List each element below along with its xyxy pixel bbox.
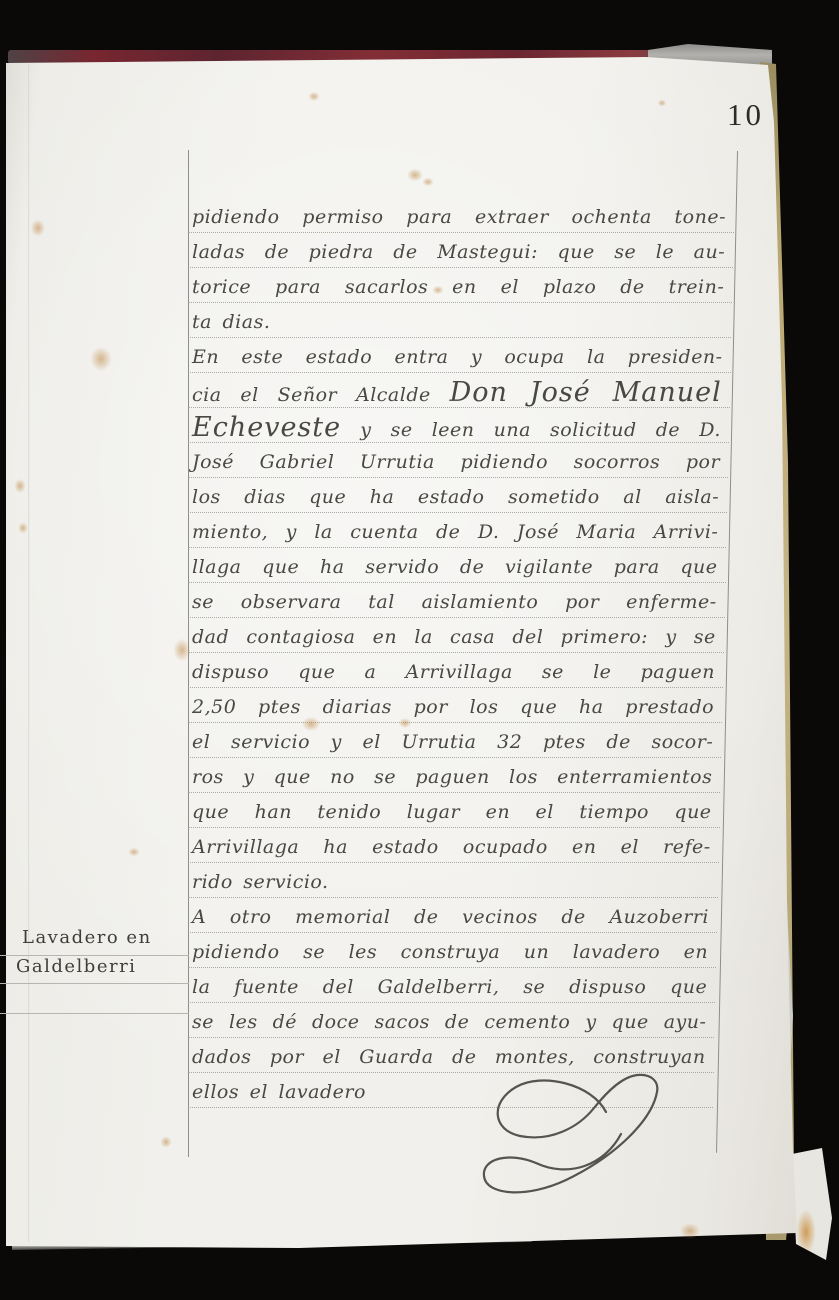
manuscript-line: ros y que no se paguen los enterramiento… (192, 762, 712, 793)
manuscript-line: Arrivillaga ha estado ocupado en el refe… (192, 832, 711, 863)
foxing-stain (12, 476, 28, 496)
manuscript-line: torice para sacarlos en el plazo de trei… (192, 272, 724, 303)
foxing-stain (306, 90, 322, 103)
under-page-corner (792, 1148, 834, 1264)
margin-note-line: Galdelberri (16, 952, 136, 982)
manuscript-line: dad contagiosa en la casa del primero: y… (192, 622, 716, 653)
page-number: 10 (727, 97, 764, 133)
page-crease (28, 64, 30, 1242)
foxing-stain (28, 216, 48, 240)
scanned-manuscript-photo: 10 Lavadero enGaldelberri pidiendo permi… (0, 0, 839, 1300)
manuscript-line: los dias que ha estado sometido al aisla… (192, 482, 719, 513)
foxing-stain (676, 1220, 704, 1242)
manuscript-line: A otro memorial de vecinos de Auzoberri (192, 902, 709, 933)
manuscript-line: se les dé doce sacos de cemento y que ay… (192, 1007, 706, 1038)
manuscript-line: el servicio y el Urrutia 32 ptes de soco… (192, 727, 713, 758)
manuscript-line: José Gabriel Urrutia pidiendo socorros p… (192, 447, 720, 478)
manuscript-line: miento, y la cuenta de D. José Maria Arr… (192, 517, 718, 548)
manuscript-line: Echeveste y se leen una solicitud de D. (192, 412, 721, 443)
manuscript-line: llaga que ha servido de vigilante para q… (192, 552, 718, 583)
manuscript-line: que han tenido lugar en el tiempo que (192, 797, 712, 828)
flourish-y (466, 1070, 694, 1208)
manuscript-line: se observara tal aislamiento por enferme… (192, 587, 717, 618)
manuscript-line: ladas de piedra de Mastegui: que se le a… (192, 237, 725, 268)
manuscript-line: 2,50 ptes diarias por los que ha prestad… (192, 692, 714, 723)
manuscript-line: rido servicio. (192, 867, 710, 898)
foxing-stain (86, 342, 116, 376)
manuscript-line: En este estado entra y ocupa la presiden… (192, 342, 723, 373)
foxing-stain (420, 176, 436, 188)
manuscript-line: pidiendo permiso para extraer ochenta to… (192, 202, 726, 233)
manuscript-line: dispuso que a Arrivillaga se le paguen (192, 657, 715, 688)
manuscript-line: la fuente del Galdelberri, se dispuso qu… (192, 972, 707, 1003)
margin-note-rule (0, 983, 189, 984)
margin-note-rule (0, 1013, 189, 1014)
margin-note-line: Lavadero en (22, 923, 152, 953)
manuscript-line: cia el Señor Alcalde Don José Manuel (192, 377, 722, 408)
foxing-stain (16, 520, 30, 536)
manuscript-line: pidiendo se les construya un lavadero en (192, 937, 708, 968)
manuscript-line: ta dias. (192, 307, 723, 338)
foxing-stain (656, 98, 668, 108)
foxing-stain (170, 634, 194, 666)
manuscript-line: dados por el Guarda de montes, construya… (192, 1042, 706, 1073)
foxing-stain (158, 1134, 174, 1150)
foxing-stain (126, 846, 142, 858)
